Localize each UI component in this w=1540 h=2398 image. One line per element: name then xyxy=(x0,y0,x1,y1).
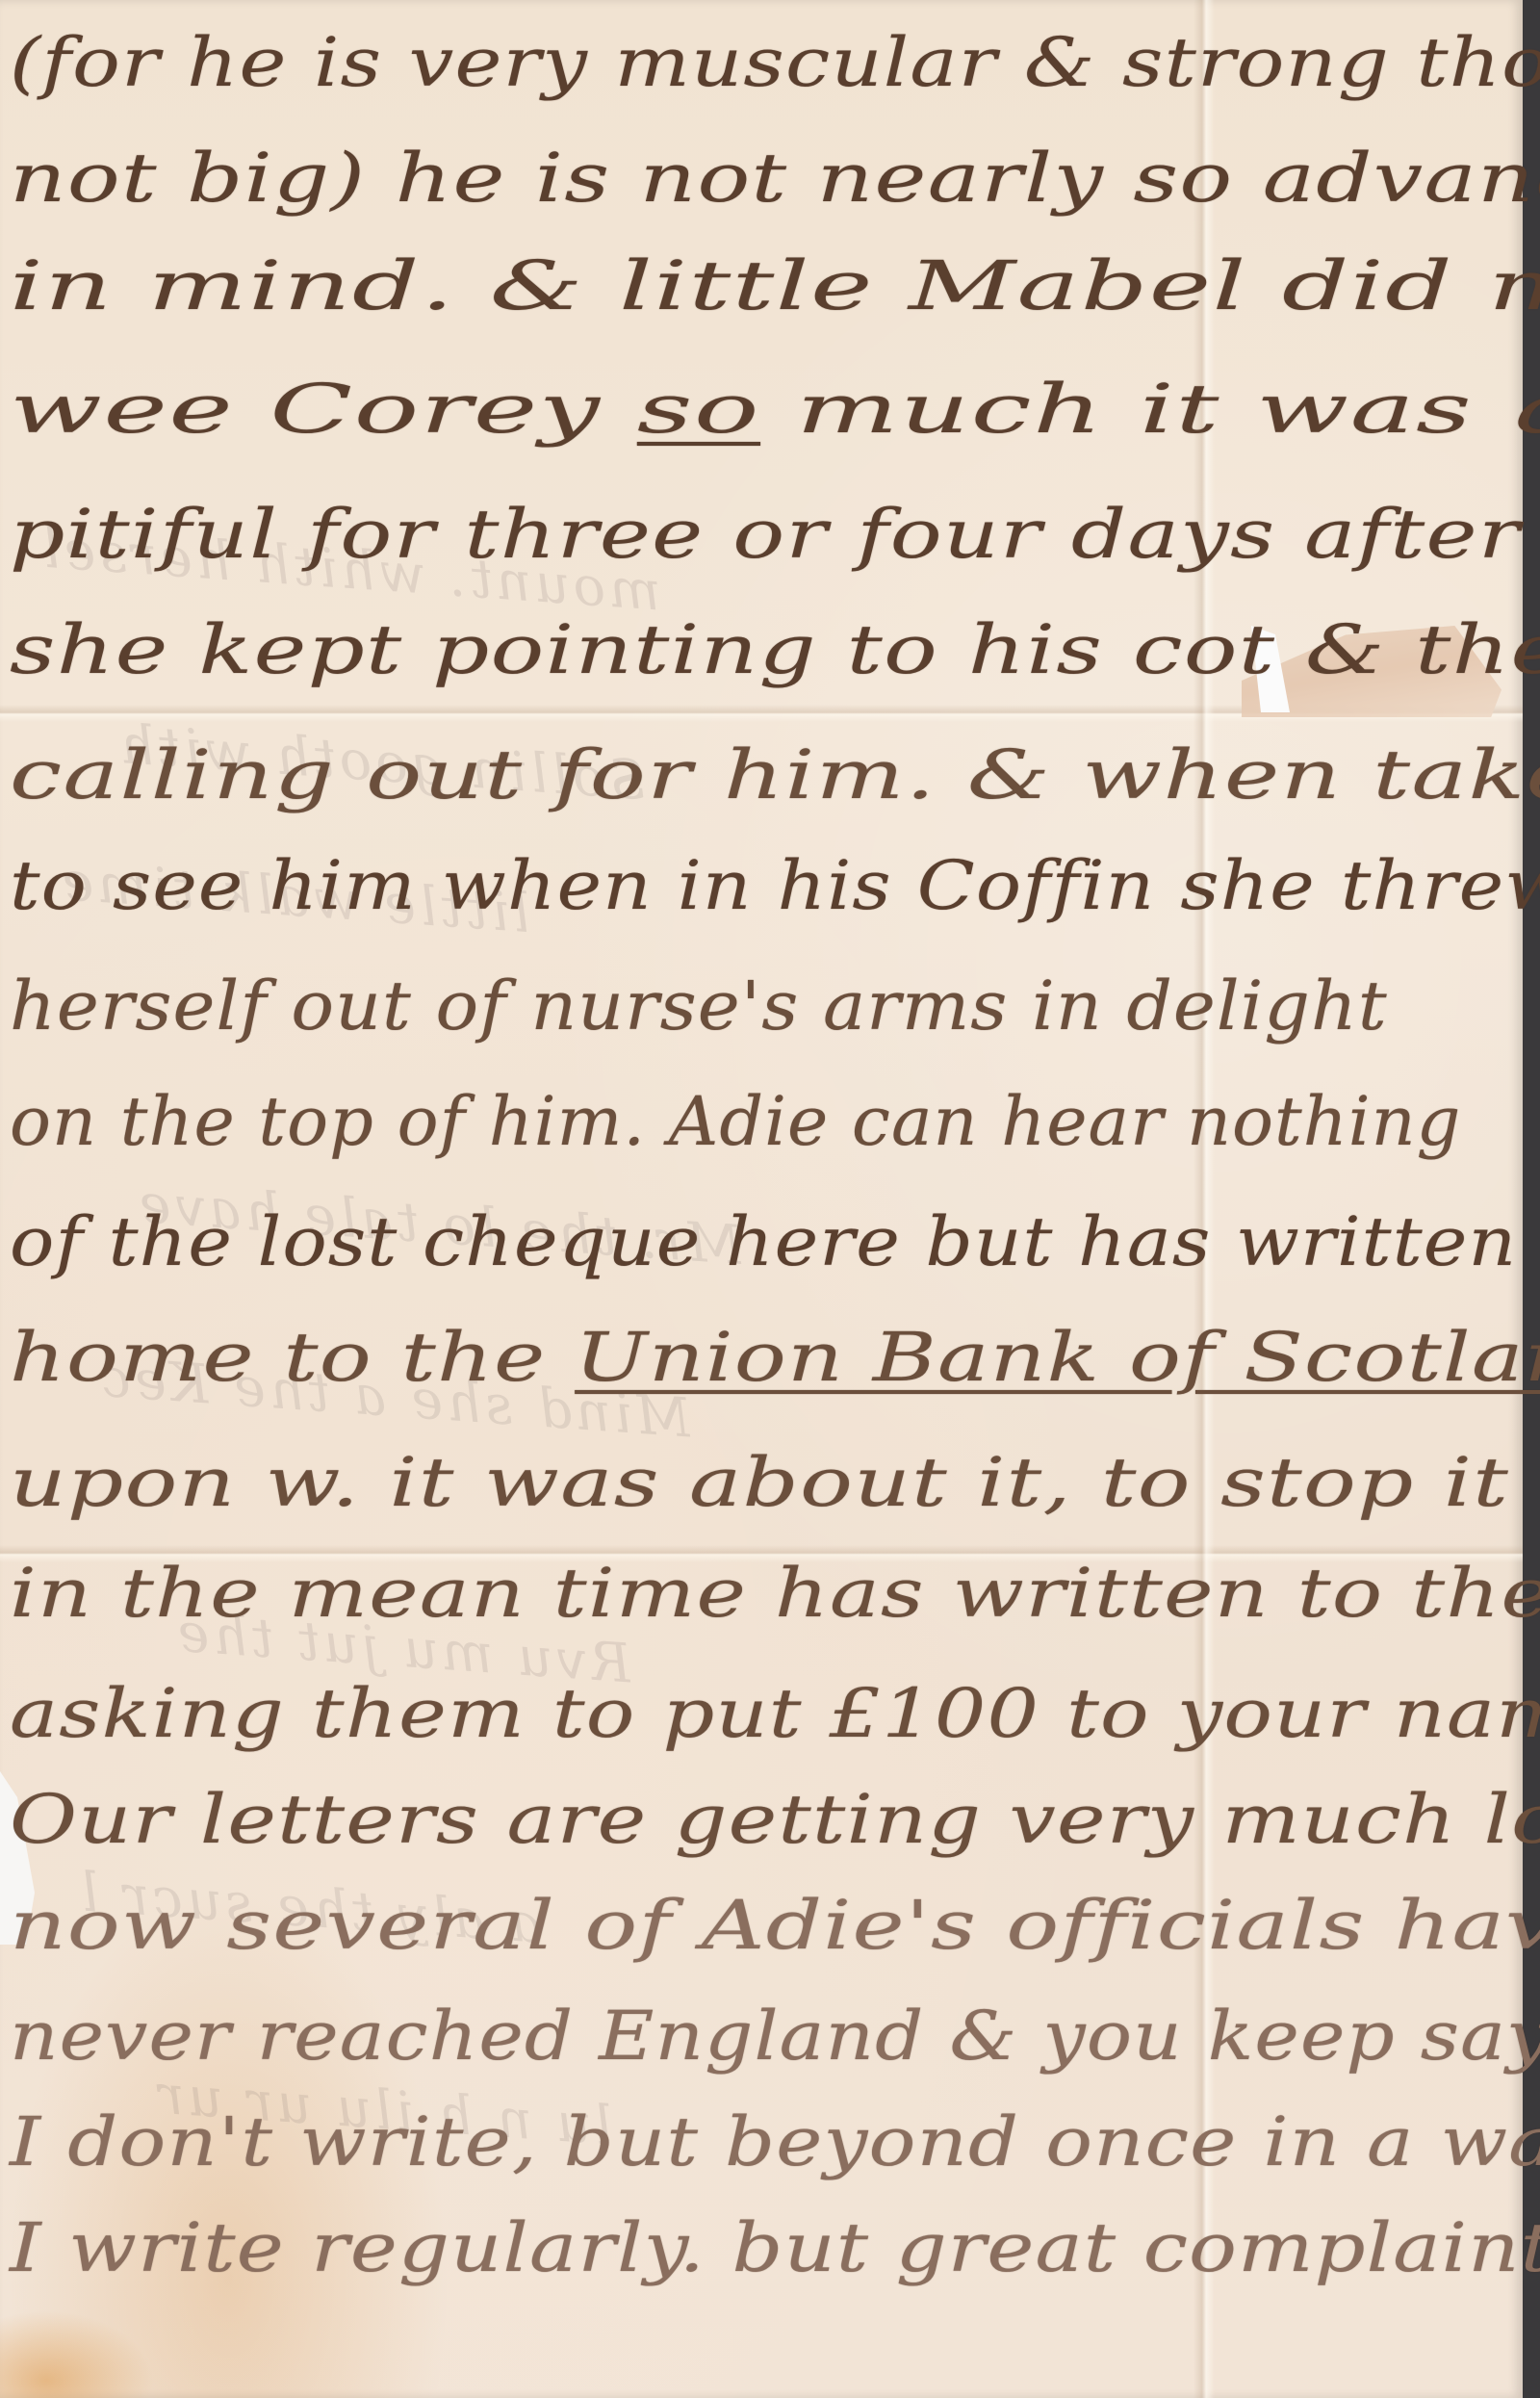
letter-line: of the lost cheque here but has written xyxy=(10,1208,1517,1276)
letter-line: to see him when in his Coffin she threw xyxy=(10,852,1540,919)
letter-line: I write regularly. but great complaints xyxy=(10,2214,1540,2282)
letter-text: much it was quite xyxy=(760,370,1540,449)
letter-line: upon w. it was about it, to stop it & xyxy=(10,1449,1540,1516)
letter-line: calling out for him. & when taken xyxy=(10,741,1540,809)
letter-page: mount. whith hersel Sollin gooth with li… xyxy=(0,0,1523,2398)
letter-line: Our letters are getting very much lost xyxy=(10,1786,1540,1853)
letter-text: home to the xyxy=(10,1318,575,1397)
letter-text: wee Corey xyxy=(10,370,637,449)
letter-line: (for he is very muscular & strong though xyxy=(10,29,1540,96)
letter-line: on the top of him. Adie can hear nothing xyxy=(10,1088,1461,1155)
letter-line: home to the Union Bank of Scotland xyxy=(10,1324,1540,1391)
letter-line: pitiful for three or four days after xyxy=(10,501,1521,568)
letter-line: now several of Adie's officials have xyxy=(10,1892,1540,1959)
letter-line: she kept pointing to his cot & then xyxy=(10,616,1540,683)
underlined-word: so xyxy=(637,370,760,449)
letter-line: I don't write, but beyond once in a way xyxy=(10,2108,1540,2176)
letter-line: wee Corey so much it was quite xyxy=(10,375,1540,443)
water-stain xyxy=(0,2310,154,2398)
underlined-phrase: Union Bank of Scotland xyxy=(575,1318,1540,1397)
letter-line: herself out of nurse's arms in delight xyxy=(10,972,1388,1040)
letter-line: never reached England & you keep saying xyxy=(10,2002,1540,2070)
scan-background: mount. whith hersel Sollin gooth with li… xyxy=(0,0,1540,2398)
letter-line: in the mean time has written to them xyxy=(10,1560,1540,1627)
letter-line: in mind. & little Mabel did miss xyxy=(10,252,1540,320)
letter-line: asking them to put £100 to your name. xyxy=(10,1680,1540,1747)
letter-line: not big) he is not nearly so advanced xyxy=(10,144,1540,212)
